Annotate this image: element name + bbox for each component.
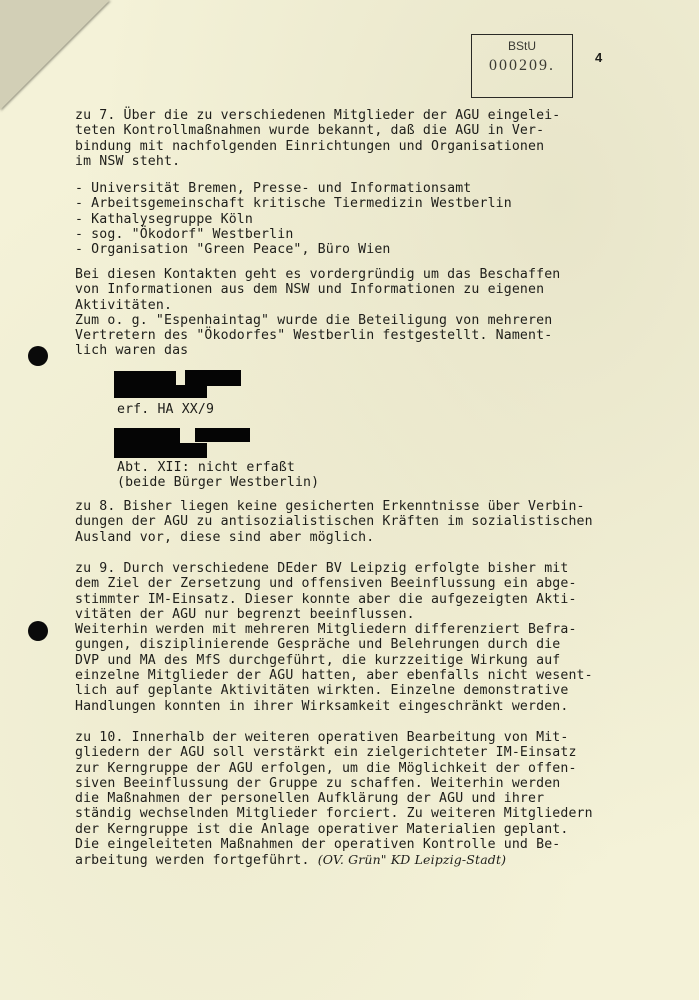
folded-corner xyxy=(0,0,110,110)
document-page: BStU 000209. 4 zu 7. Über die zu verschi… xyxy=(0,0,699,1000)
contacts-paragraph: Bei diesen Kontakten geht es vordergründ… xyxy=(75,267,560,359)
section-9: zu 9. Durch verschiedene DEder BV Leipzi… xyxy=(75,561,593,714)
section-10-last-line: arbeitung werden fortgeführt. (OV. Grün"… xyxy=(75,852,506,868)
punch-hole xyxy=(28,621,48,641)
page-number: 4 xyxy=(595,50,602,65)
redaction xyxy=(195,428,250,442)
section-10: zu 10. Innerhalb der weiteren operativen… xyxy=(75,730,593,852)
archive-stamp: BStU 000209. xyxy=(471,34,573,98)
last-line-text: arbeitung werden fortgeführt. xyxy=(75,853,318,868)
person1-note: erf. HA XX/9 xyxy=(117,402,214,417)
section-7: zu 7. Über die zu verschiedenen Mitglied… xyxy=(75,108,560,169)
person2-note: Abt. XII: nicht erfaßt (beide Bürger Wes… xyxy=(117,460,319,491)
redaction xyxy=(114,428,180,444)
redaction xyxy=(114,371,176,386)
redaction xyxy=(185,370,241,386)
handwritten-note: (OV. Grün" KD Leipzig-Stadt) xyxy=(318,852,506,867)
stamp-org: BStU xyxy=(472,39,572,53)
section-8: zu 8. Bisher liegen keine gesicherten Er… xyxy=(75,499,593,545)
redaction xyxy=(114,443,207,458)
punch-hole xyxy=(28,346,48,366)
redaction xyxy=(114,385,207,398)
stamp-number: 000209. xyxy=(472,57,572,75)
organisations-list: - Universität Bremen, Presse- und Inform… xyxy=(75,181,512,257)
